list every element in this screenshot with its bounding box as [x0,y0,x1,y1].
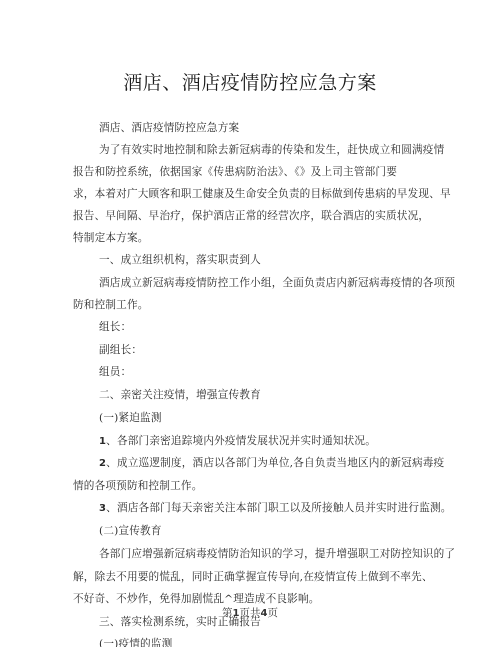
paragraph-line: 特制定本方案。 [73,230,149,245]
paragraph-line: 求，本着对广大顾客和职工健康及生命安全负责的目标做到传患病的早发现、早 [73,186,451,201]
document-title: 酒店、酒店疫情防控应急方案 [0,68,500,95]
paragraph-line: 解，除去不用要的慌乱，同时正确掌握宣传导向,在疫情宣传上做到不率先、 [73,569,433,584]
section-heading: 二、亲密关注疫情，增强宣传教育 [99,387,261,402]
footer-text: 页 [267,607,278,619]
paragraph-line: 各部门应增强新冠病毒疫情防治知识的学习，提升增强职工对防控知识的了 [99,546,455,561]
paragraph-line: 情的各项预防和控制工作。 [73,478,203,493]
paragraph-line: 酒店成立新冠病毒疫情防控工作小组，全面负责店内新冠病毒疫情的各项预 [99,275,455,290]
subsection-heading: (二)宣传教育 [99,523,162,538]
numbered-item: 2、成立巡逻制度，酒店以各部门为单位,各自负责当地区内的新冠病毒疫 [99,455,444,470]
current-page: 1 [233,608,240,619]
field-label-members: 组员： [99,364,131,379]
item-text: 、成立巡逻制度，酒店以各部门为单位,各自负责当地区内的新冠病毒疫 [106,457,444,469]
paragraph-line: 为了有效实时地控制和除去新冠病毒的传染和发生，赶快成立和圆满疫情 [99,142,444,157]
footer-text: 第 [222,607,233,619]
item-text: 、酒店各部门每天亲密关注本部门职工以及所接触人员并实时进行监测。 [106,502,451,514]
numbered-item: 3、酒店各部门每天亲密关注本部门职工以及所接触人员并实时进行监测。 [99,500,452,515]
paragraph-line: 不好奇、不炒作，免得加剧慌乱^理造成不良影响。 [73,591,320,606]
section-heading: 一、成立组织机构，落实职责到人 [99,252,261,267]
item-text: 、各部门亲密追踪境内外疫情发展状况并实时通知状况。 [106,435,376,447]
paragraph-line: 报告和防控系统，依据国家《传患病防治法》、《》及上司主管部门要 [73,164,397,179]
page-footer: 第1页共4页 [0,605,500,620]
numbered-item: 1、各部门亲密追踪境内外疫情发展状况并实时通知状况。 [99,433,376,448]
subsection-heading: (一)疫情的监测 [99,636,172,647]
subsection-heading: (一)紧迫监测 [99,410,162,425]
paragraph-line: 报告、早间隔、早治疗，保护酒店正常的经营次序，联合酒店的实质状况， [73,208,429,223]
field-label-deputy: 副组长： [99,342,142,357]
paragraph-line: 防和控制工作。 [73,297,149,312]
footer-text: 页共 [240,607,261,619]
field-label-leader: 组长： [99,319,131,334]
subtitle-line: 酒店、酒店疫情防控应急方案 [99,120,239,135]
